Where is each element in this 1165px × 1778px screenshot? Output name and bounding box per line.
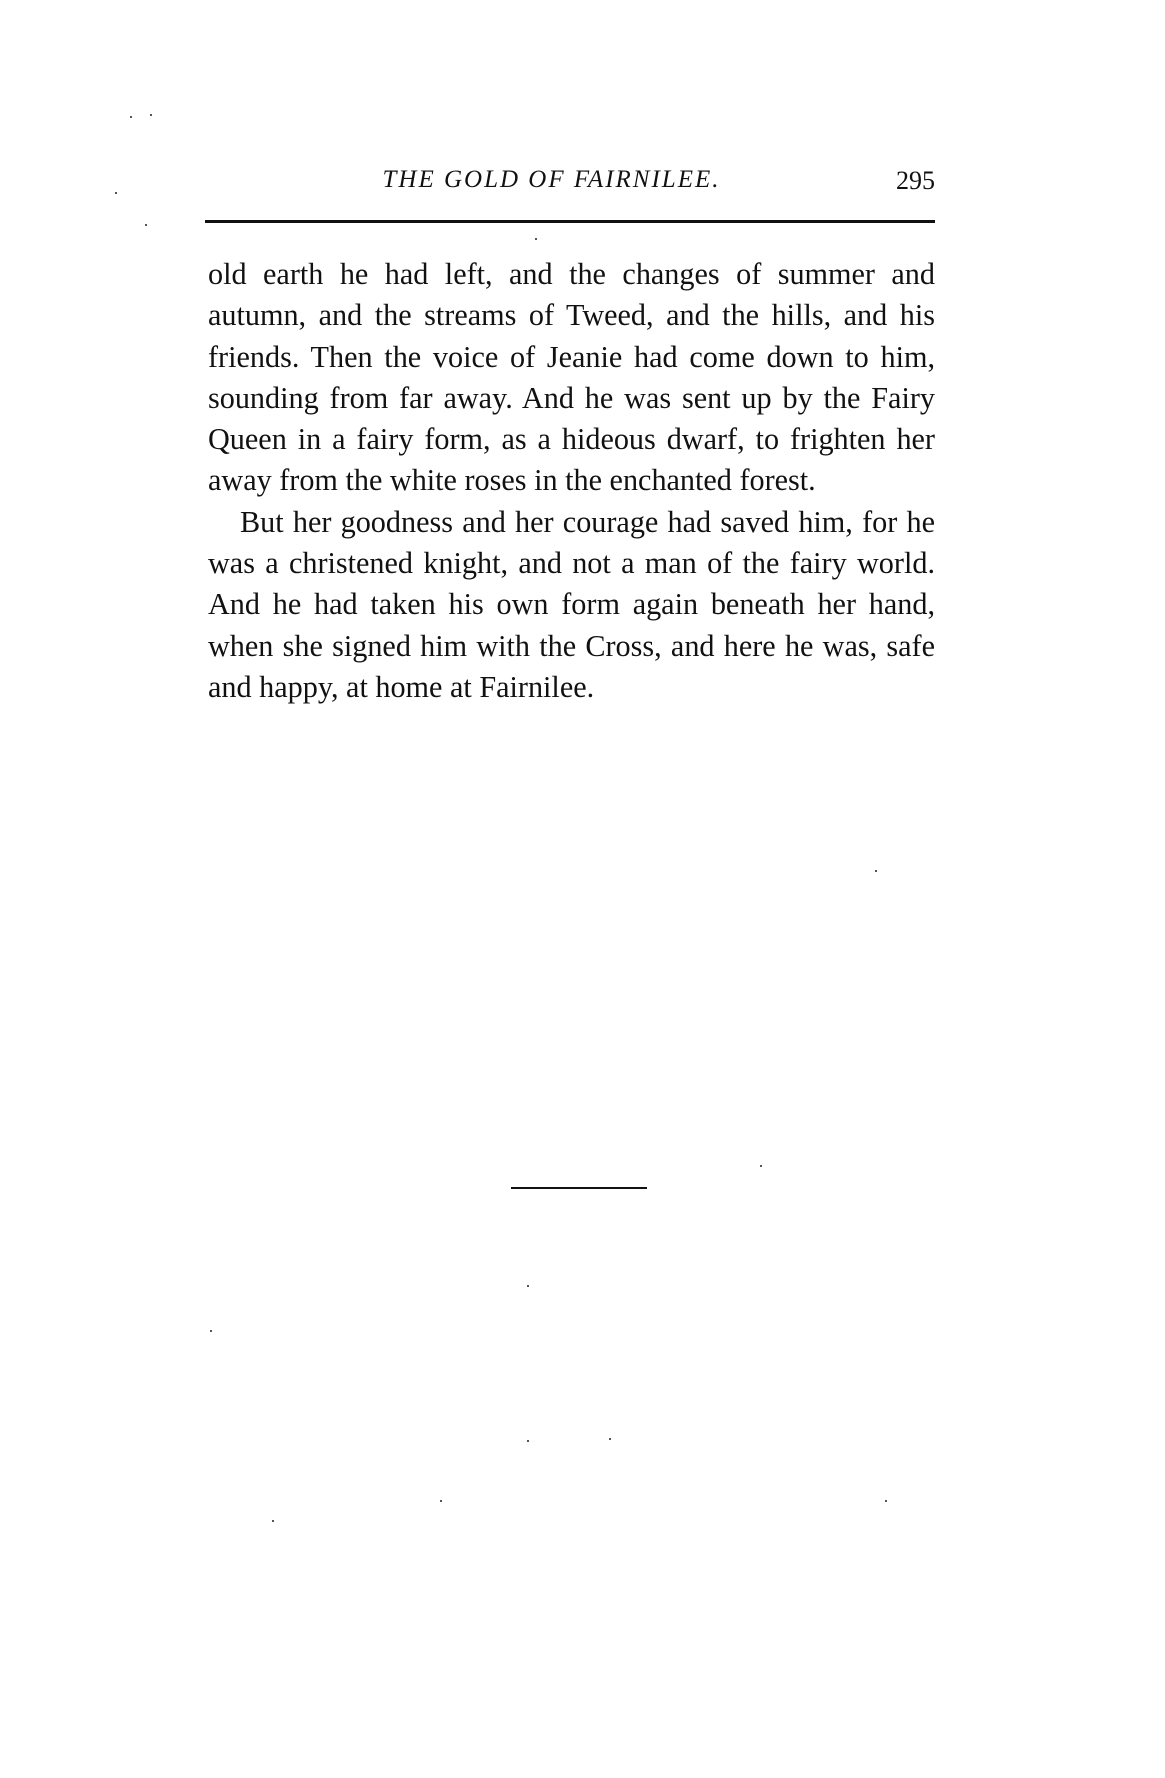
chapter-end-rule-divider <box>511 1187 647 1189</box>
book-page: THE GOLD OF FAIRNILEE. 295 old earth he … <box>0 0 1165 1778</box>
scan-speck <box>115 192 117 194</box>
running-head: THE GOLD OF FAIRNILEE. 295 <box>208 166 935 202</box>
scan-speck <box>535 238 537 240</box>
paragraph: But her goodness and her courage had sav… <box>208 502 935 708</box>
paragraph-continued: old earth he had left, and the changes o… <box>208 254 935 502</box>
scan-speck <box>145 224 147 226</box>
scan-speck <box>760 1165 762 1167</box>
page-number: 295 <box>896 166 935 196</box>
scan-speck <box>527 1285 529 1287</box>
scan-speck <box>609 1438 611 1440</box>
scan-speck <box>272 1520 274 1522</box>
header-rule-divider <box>205 220 935 223</box>
scan-speck <box>527 1440 529 1442</box>
running-head-title: THE GOLD OF FAIRNILEE. <box>208 166 935 194</box>
scan-speck <box>440 1500 442 1502</box>
scan-speck <box>150 114 152 116</box>
body-text: old earth he had left, and the changes o… <box>208 254 935 708</box>
scan-speck <box>875 870 877 872</box>
scan-speck <box>210 1330 212 1332</box>
scan-speck <box>885 1500 887 1502</box>
scan-speck <box>130 116 132 118</box>
